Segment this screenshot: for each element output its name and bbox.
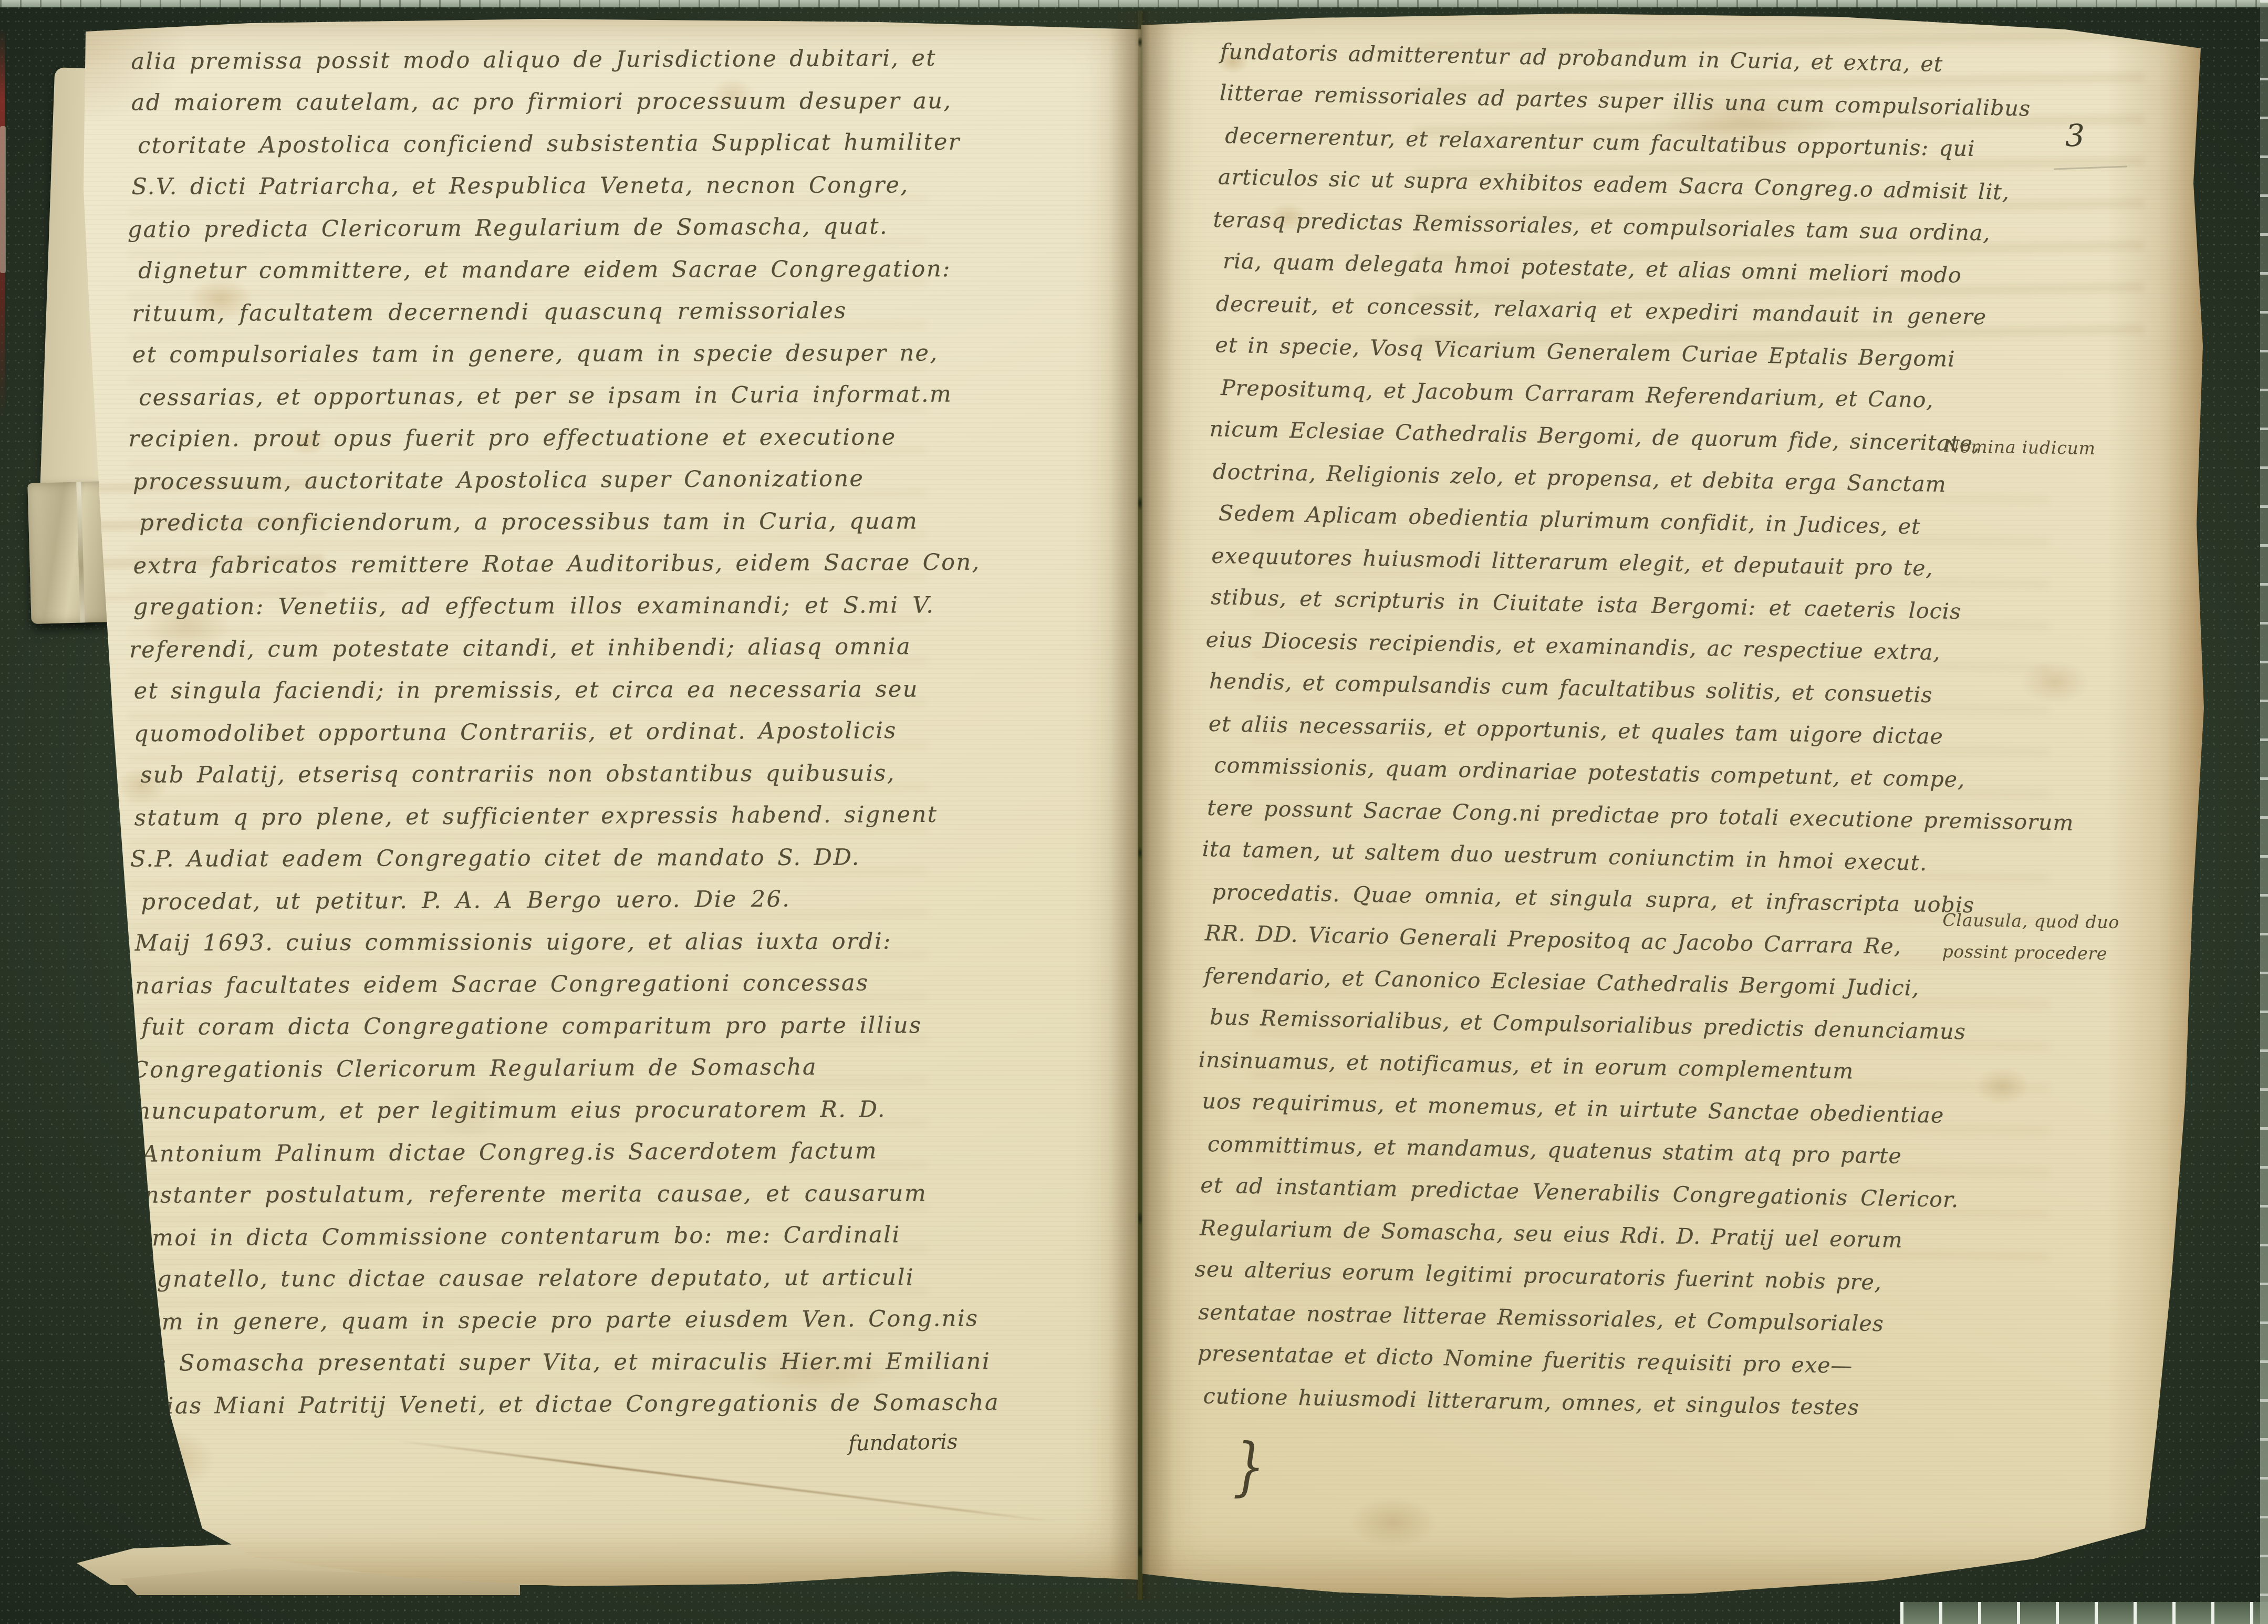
manuscript-line: de Somascha presentati super Vita, et mi… xyxy=(137,1340,972,1384)
catchword: fundatoris xyxy=(848,1430,958,1456)
left-page: alia premissa possit modo aliquo de Juri… xyxy=(29,16,1142,1586)
manuscript-line: extra fabricatos remittere Rotae Auditor… xyxy=(133,542,968,587)
manuscript-line: hmoi in dicta Commissione contentarum bo… xyxy=(136,1214,971,1259)
margin-note-line: possint procedere xyxy=(1942,936,2119,970)
left-page-text: alia premissa possit modo aliquo de Juri… xyxy=(131,37,972,1428)
margin-note-line: Clausula, quod duo xyxy=(1942,904,2119,939)
manuscript-line: processuum, auctoritate Apostolica super… xyxy=(133,457,968,503)
manuscript-line: ctoritate Apostolica conficiend subsiste… xyxy=(138,121,966,167)
scanner-top-ruler xyxy=(0,0,2268,7)
manuscript-line: fuit coram dicta Congregatione comparitu… xyxy=(141,1004,970,1048)
binding-fold-line xyxy=(1138,11,1142,1600)
right-page: 3 fundatoris admitterentur ad probandum … xyxy=(1141,9,2212,1604)
manuscript-line: ad maiorem cautelam, ac pro firmiori pro… xyxy=(131,80,966,124)
manuscript-line: nuncupatorum, et per legitimum eius proc… xyxy=(136,1088,971,1132)
manuscript-line: cessarias, et opportunas, et per se ipsa… xyxy=(139,373,967,419)
scanner-right-ruler xyxy=(2260,0,2268,1624)
manuscript-line: dignetur committere, et mandare eidem Sa… xyxy=(138,248,967,292)
manuscript-line: narias facultates eidem Sacrae Congregat… xyxy=(135,962,970,1007)
manuscript-line: alia premissa possit modo aliquo de Juri… xyxy=(131,37,966,83)
manuscript-line: S.P. Audiat eadem Congregatio citet de m… xyxy=(130,836,970,880)
binding-gutter xyxy=(1109,11,1174,1600)
manuscript-line: Maij 1693. cuius commissionis uigore, et… xyxy=(135,920,970,964)
scan-left-edge-highlight xyxy=(0,126,6,273)
manuscript-line: instanter postulatum, referente merita c… xyxy=(136,1172,971,1216)
manuscript-line: Pignatello, tunc dictae causae relatore … xyxy=(132,1256,971,1300)
manuscript-line: S.V. dicti Patriarcha, et Respublica Ven… xyxy=(131,164,966,208)
manuscript-line: recipien. prout opus fuerit pro effectua… xyxy=(128,416,967,460)
scanner-bottom-ruler xyxy=(1900,1602,2268,1624)
manuscript-line: alias Miani Patritij Veneti, et dictae C… xyxy=(143,1382,972,1428)
manuscript-line: rituum, facultatem decernendi quascunq r… xyxy=(132,289,967,335)
manuscript-line: statum q pro plene, et sufficienter expr… xyxy=(134,794,970,839)
manuscript-line: gregation: Venetiis, ad effectum illos e… xyxy=(133,584,969,628)
manuscript-line: sub Palatij, etserisq contrariis non obs… xyxy=(140,752,969,796)
right-page-text: fundatoris admitterentur ad probandum in… xyxy=(1197,30,2009,1431)
end-brace-mark: } xyxy=(1233,1430,1265,1503)
manuscript-line: quomodolibet opportuna Contrariis, et or… xyxy=(134,710,969,755)
manuscript-line: gatio predicta Clericorum Regularium de … xyxy=(128,205,967,251)
manuscript-line: predicta conficiendorum, a processibus t… xyxy=(139,500,968,544)
folio-number: 3 xyxy=(2065,118,2085,153)
manuscript-line: tam in genere, quam in specie pro parte … xyxy=(137,1298,972,1344)
folio-number-underline xyxy=(2054,166,2127,170)
manuscript-line: procedat, ut petitur. P. A. A Bergo uero… xyxy=(141,878,970,923)
manuscript-line: Congregationis Clericorum Regularium de … xyxy=(131,1046,971,1091)
manuscript-line: et singula faciendi; in premissis, et ci… xyxy=(134,668,969,712)
margin-note-nomina-iudicum: Nomina iudicum xyxy=(1944,431,2096,464)
manuscript-line: referendi, cum potestate citandi, et inh… xyxy=(129,626,969,671)
margin-note-clausula: Clausula, quod duo possint procedere xyxy=(1942,904,2119,970)
manuscript-line: et compulsoriales tam in genere, quam in… xyxy=(132,332,967,376)
manuscript-line: Antonium Palinum dictae Congreg.is Sacer… xyxy=(142,1130,971,1175)
manuscript-scan: alia premissa possit modo aliquo de Juri… xyxy=(0,0,2268,1624)
